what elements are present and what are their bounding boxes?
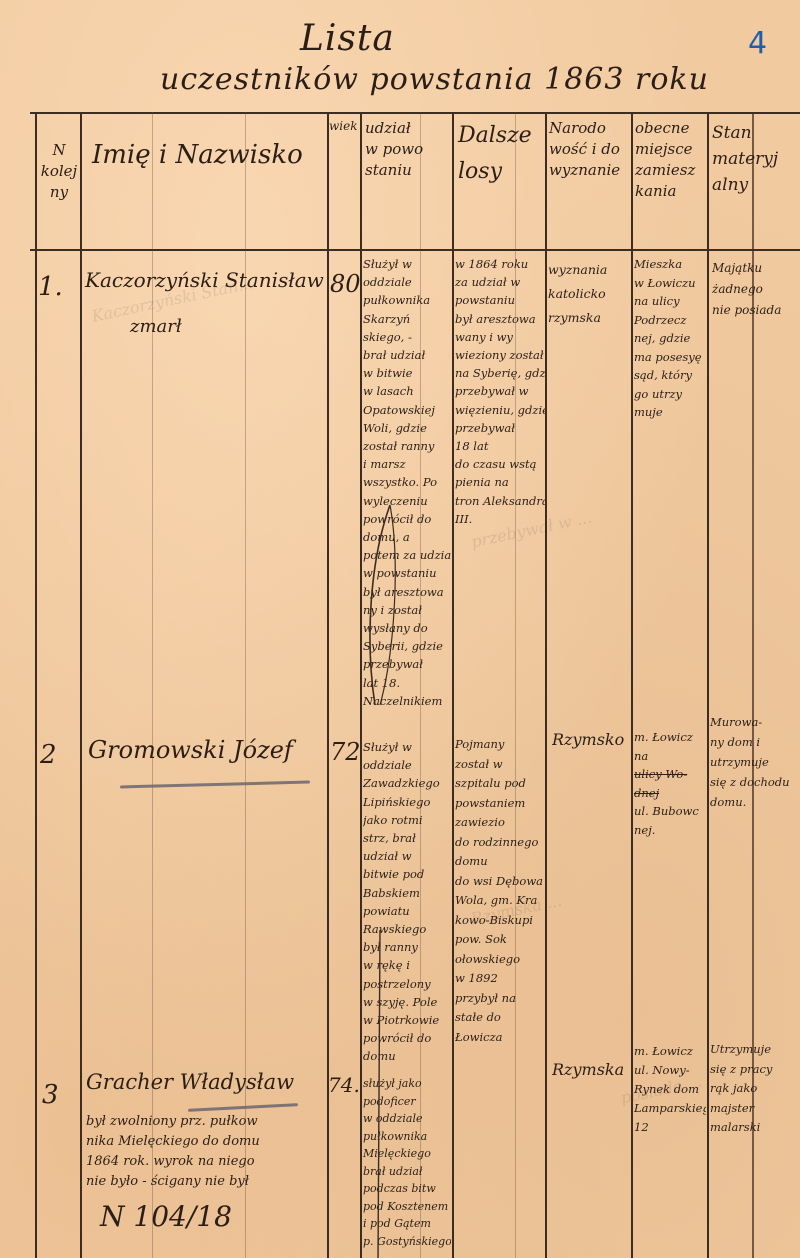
person-name: Gracher Władysław [86, 1070, 294, 1094]
age: 72 [330, 738, 361, 766]
column-divider [452, 112, 454, 1258]
pencil-note: zmarł [130, 316, 182, 337]
material-cell: Murowa- ny dom i utrzymuje się z dochodu… [710, 712, 800, 812]
nationality-cell: Rzymska [552, 1058, 632, 1082]
column-divider [35, 112, 37, 1258]
reference-number: N 104/18 [100, 1200, 232, 1233]
nationality-cell: wyznania katolicko rzymska [548, 258, 630, 330]
ink-stroke-mark [370, 930, 390, 1258]
header-number: N kolej ny [38, 140, 80, 203]
pencil-underline [188, 1103, 298, 1112]
pencil-underline [120, 781, 310, 789]
column-divider [80, 112, 82, 1258]
residence-cell: m. Łowicz ul. Nowy- Rynek dom Lamparskie… [634, 1042, 706, 1137]
header-bottom-rule [30, 249, 800, 251]
document-title: Lista [300, 18, 395, 59]
fate-cell: w 1864 roku za udział w powstaniu był ar… [455, 255, 545, 535]
header-age: wiek [329, 116, 357, 137]
pencil-bracket-mark [360, 500, 420, 710]
residence-cell: Mieszka w Łowiczu na ulicy Podrzecz nej,… [634, 255, 706, 422]
age: 80 [330, 270, 361, 298]
column-divider [545, 112, 547, 1258]
header-material: Stan materyj alny [712, 120, 778, 198]
header-participation: udział w powo staniu [365, 118, 423, 181]
residence-cell: m. Łowicz na ulicy Wo- dnej ul. Bubowc n… [634, 728, 706, 839]
material-cell: Majątku żadnego nie posiada [712, 258, 800, 321]
page-number: 4 [748, 26, 767, 61]
column-divider [631, 112, 633, 1258]
age: 74. [328, 1073, 360, 1097]
person-name: Gromowski Józef [88, 736, 293, 764]
nationality-cell: Rzymsko [552, 728, 632, 752]
header-fate: Dalsze losy [458, 118, 532, 190]
document-subtitle: uczestników powstania 1863 roku [160, 62, 709, 97]
material-cell: Utrzymuje się z pracy rąk jako majster m… [710, 1040, 800, 1138]
row-number: 3 [42, 1080, 59, 1110]
row-number: 2 [40, 740, 57, 770]
header-name: Imię i Nazwisko [92, 140, 303, 170]
person-name: Kaczorzyński Stanisław [85, 268, 324, 292]
column-divider [707, 112, 709, 1258]
fate-cell: Pojmany został w szpitalu pod powstaniem… [455, 735, 545, 1055]
row-number: 1. [38, 272, 63, 302]
person-note: był zwolniony prz. pułkow nika Mielęckie… [86, 1112, 260, 1192]
header-residence: obecne miejsce zamiesz kania [635, 118, 695, 202]
header-nationality: Narodo wość i do wyznanie [549, 118, 620, 181]
table-top-rule [30, 112, 800, 114]
document-page: Kaczorzyński Stan... przebywał w ... Rzy… [0, 0, 800, 1258]
